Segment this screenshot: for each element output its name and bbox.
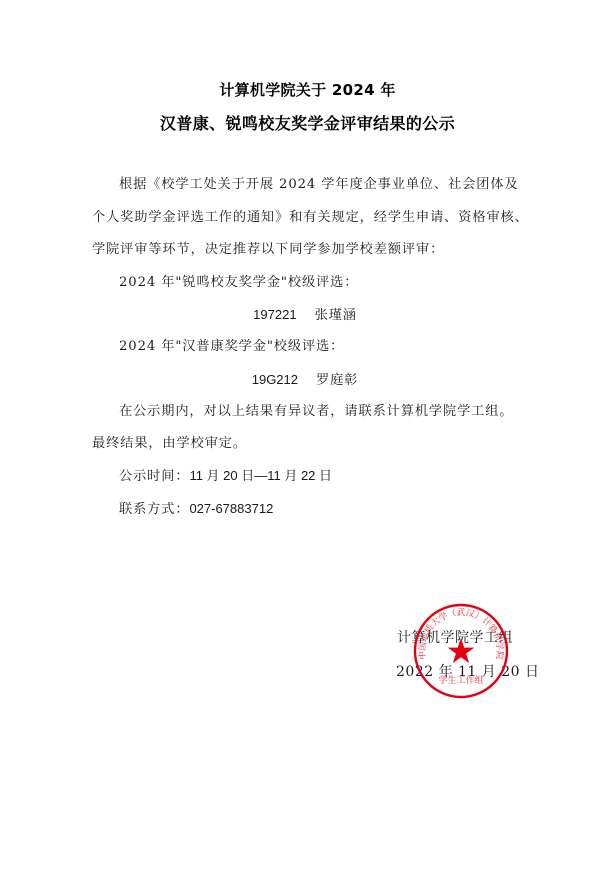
award-recipient-ruiming: 197221张瑾涵 [0,306,610,325]
contact-info: 联系方式：027-67883712 [119,500,273,519]
student-id: 19G212 [252,372,298,387]
intro-line-2: 个人奖助学金评选工作的通知》和有关规定，经学生申请、资格审核、 [92,209,529,227]
signature-date: 2022 年 11 月 20 日 [396,663,540,681]
title-line-1: 计算机学院关于 2024 年 [0,79,615,100]
signature-org: 计算机学院学工组 [397,629,513,647]
period-value: 11 月 20 日—11 月 22 日 [189,468,332,483]
objection-line-1: 在公示期内，对以上结果有异议者，请联系计算机学院学工组。 [119,403,513,421]
period-label: 公示时间： [119,469,189,484]
student-name: 张瑾涵 [315,308,357,323]
contact-phone: 027-67883712 [189,501,273,516]
award-heading-ruiming: 2024 年"锐鸣校友奖学金"校级评选： [119,274,358,292]
intro-line-1: 根据《校学工处关于开展 2024 学年度企事业单位、社会团体及 [119,176,519,194]
document-page: 计算机学院关于 2024 年 汉普康、锐鸣校友奖学金评审结果的公示 根据《校学工… [0,0,615,870]
award-heading-hanpukang: 2024 年"汉普康奖学金"校级评选： [119,338,344,356]
objection-line-2: 最终结果，由学校审定。 [92,435,247,453]
student-id: 197221 [253,307,296,322]
intro-line-3: 学院评审等环节，决定推荐以下同学参加学校差额评审： [92,241,444,259]
official-seal-stamp: 中国地质大学（武汉）计算机学院 学生工作组 [413,603,509,699]
title-line-2: 汉普康、锐鸣校友奖学金评审结果的公示 [0,111,615,134]
seal-ring [415,605,507,697]
publicity-period: 公示时间：11 月 20 日—11 月 22 日 [119,467,332,486]
award-recipient-hanpukang: 19G212罗庭彰 [0,371,610,390]
contact-label: 联系方式： [119,502,189,517]
student-name: 罗庭彰 [316,373,358,388]
